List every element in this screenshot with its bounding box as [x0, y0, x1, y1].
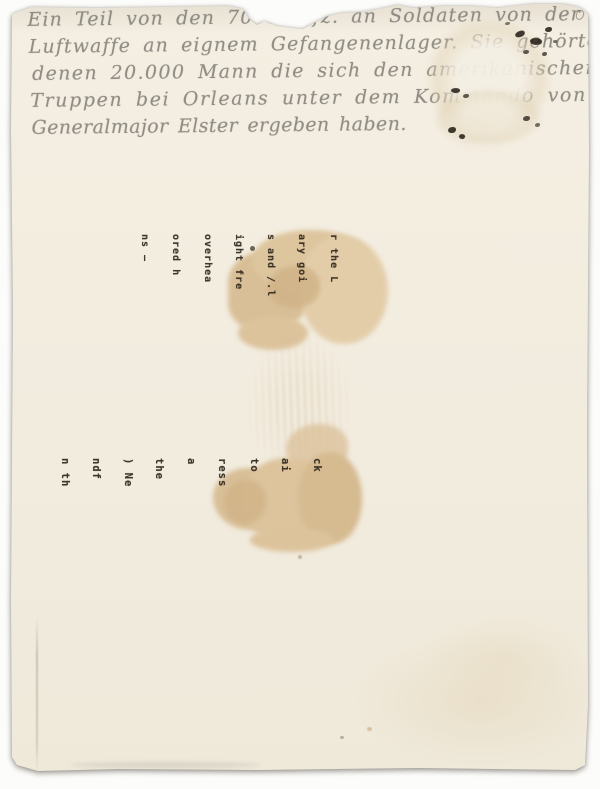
typed-line: overhea	[202, 234, 213, 334]
paper-crease	[36, 616, 38, 772]
typed-line: ck	[312, 458, 323, 553]
typed-line: n th	[60, 458, 71, 553]
photo-paper-shadow: Ein Teil von den 7000 offz. an Soldaten …	[0, 0, 600, 789]
scan-background: Ein Teil von den 7000 offz. an Soldaten …	[0, 0, 600, 789]
photo-paper-verso: Ein Teil von den 7000 offz. an Soldaten …	[0, 0, 600, 789]
typed-line: ress	[217, 458, 228, 553]
small-stain-dot	[298, 555, 302, 559]
pencil-mark-top-right	[575, 9, 585, 20]
typed-line: ored h	[170, 234, 181, 334]
paper-fleck	[367, 727, 372, 731]
typed-line: ai	[280, 458, 291, 553]
typed-line: the	[154, 458, 165, 553]
typed-line: ary goi	[296, 234, 307, 334]
typed-line: a	[186, 458, 197, 553]
typed-line: ndf	[91, 458, 102, 553]
typed-line: s and /.l	[265, 234, 276, 334]
typed-fragment-upper: r the L ary goi s and /.l ight fre overh…	[285, 234, 359, 334]
typed-line: r the L	[328, 234, 339, 334]
bottom-edge-smudge	[70, 762, 260, 768]
typed-line: ) Ne	[123, 458, 134, 553]
typed-fragment-lower: ck ai to ress a the ) Ne ndf n th	[248, 458, 343, 553]
paper-fleck	[340, 736, 344, 739]
typed-line: ns —	[139, 234, 150, 334]
typed-line: ight fre	[233, 234, 244, 334]
typed-line: to	[249, 458, 260, 553]
